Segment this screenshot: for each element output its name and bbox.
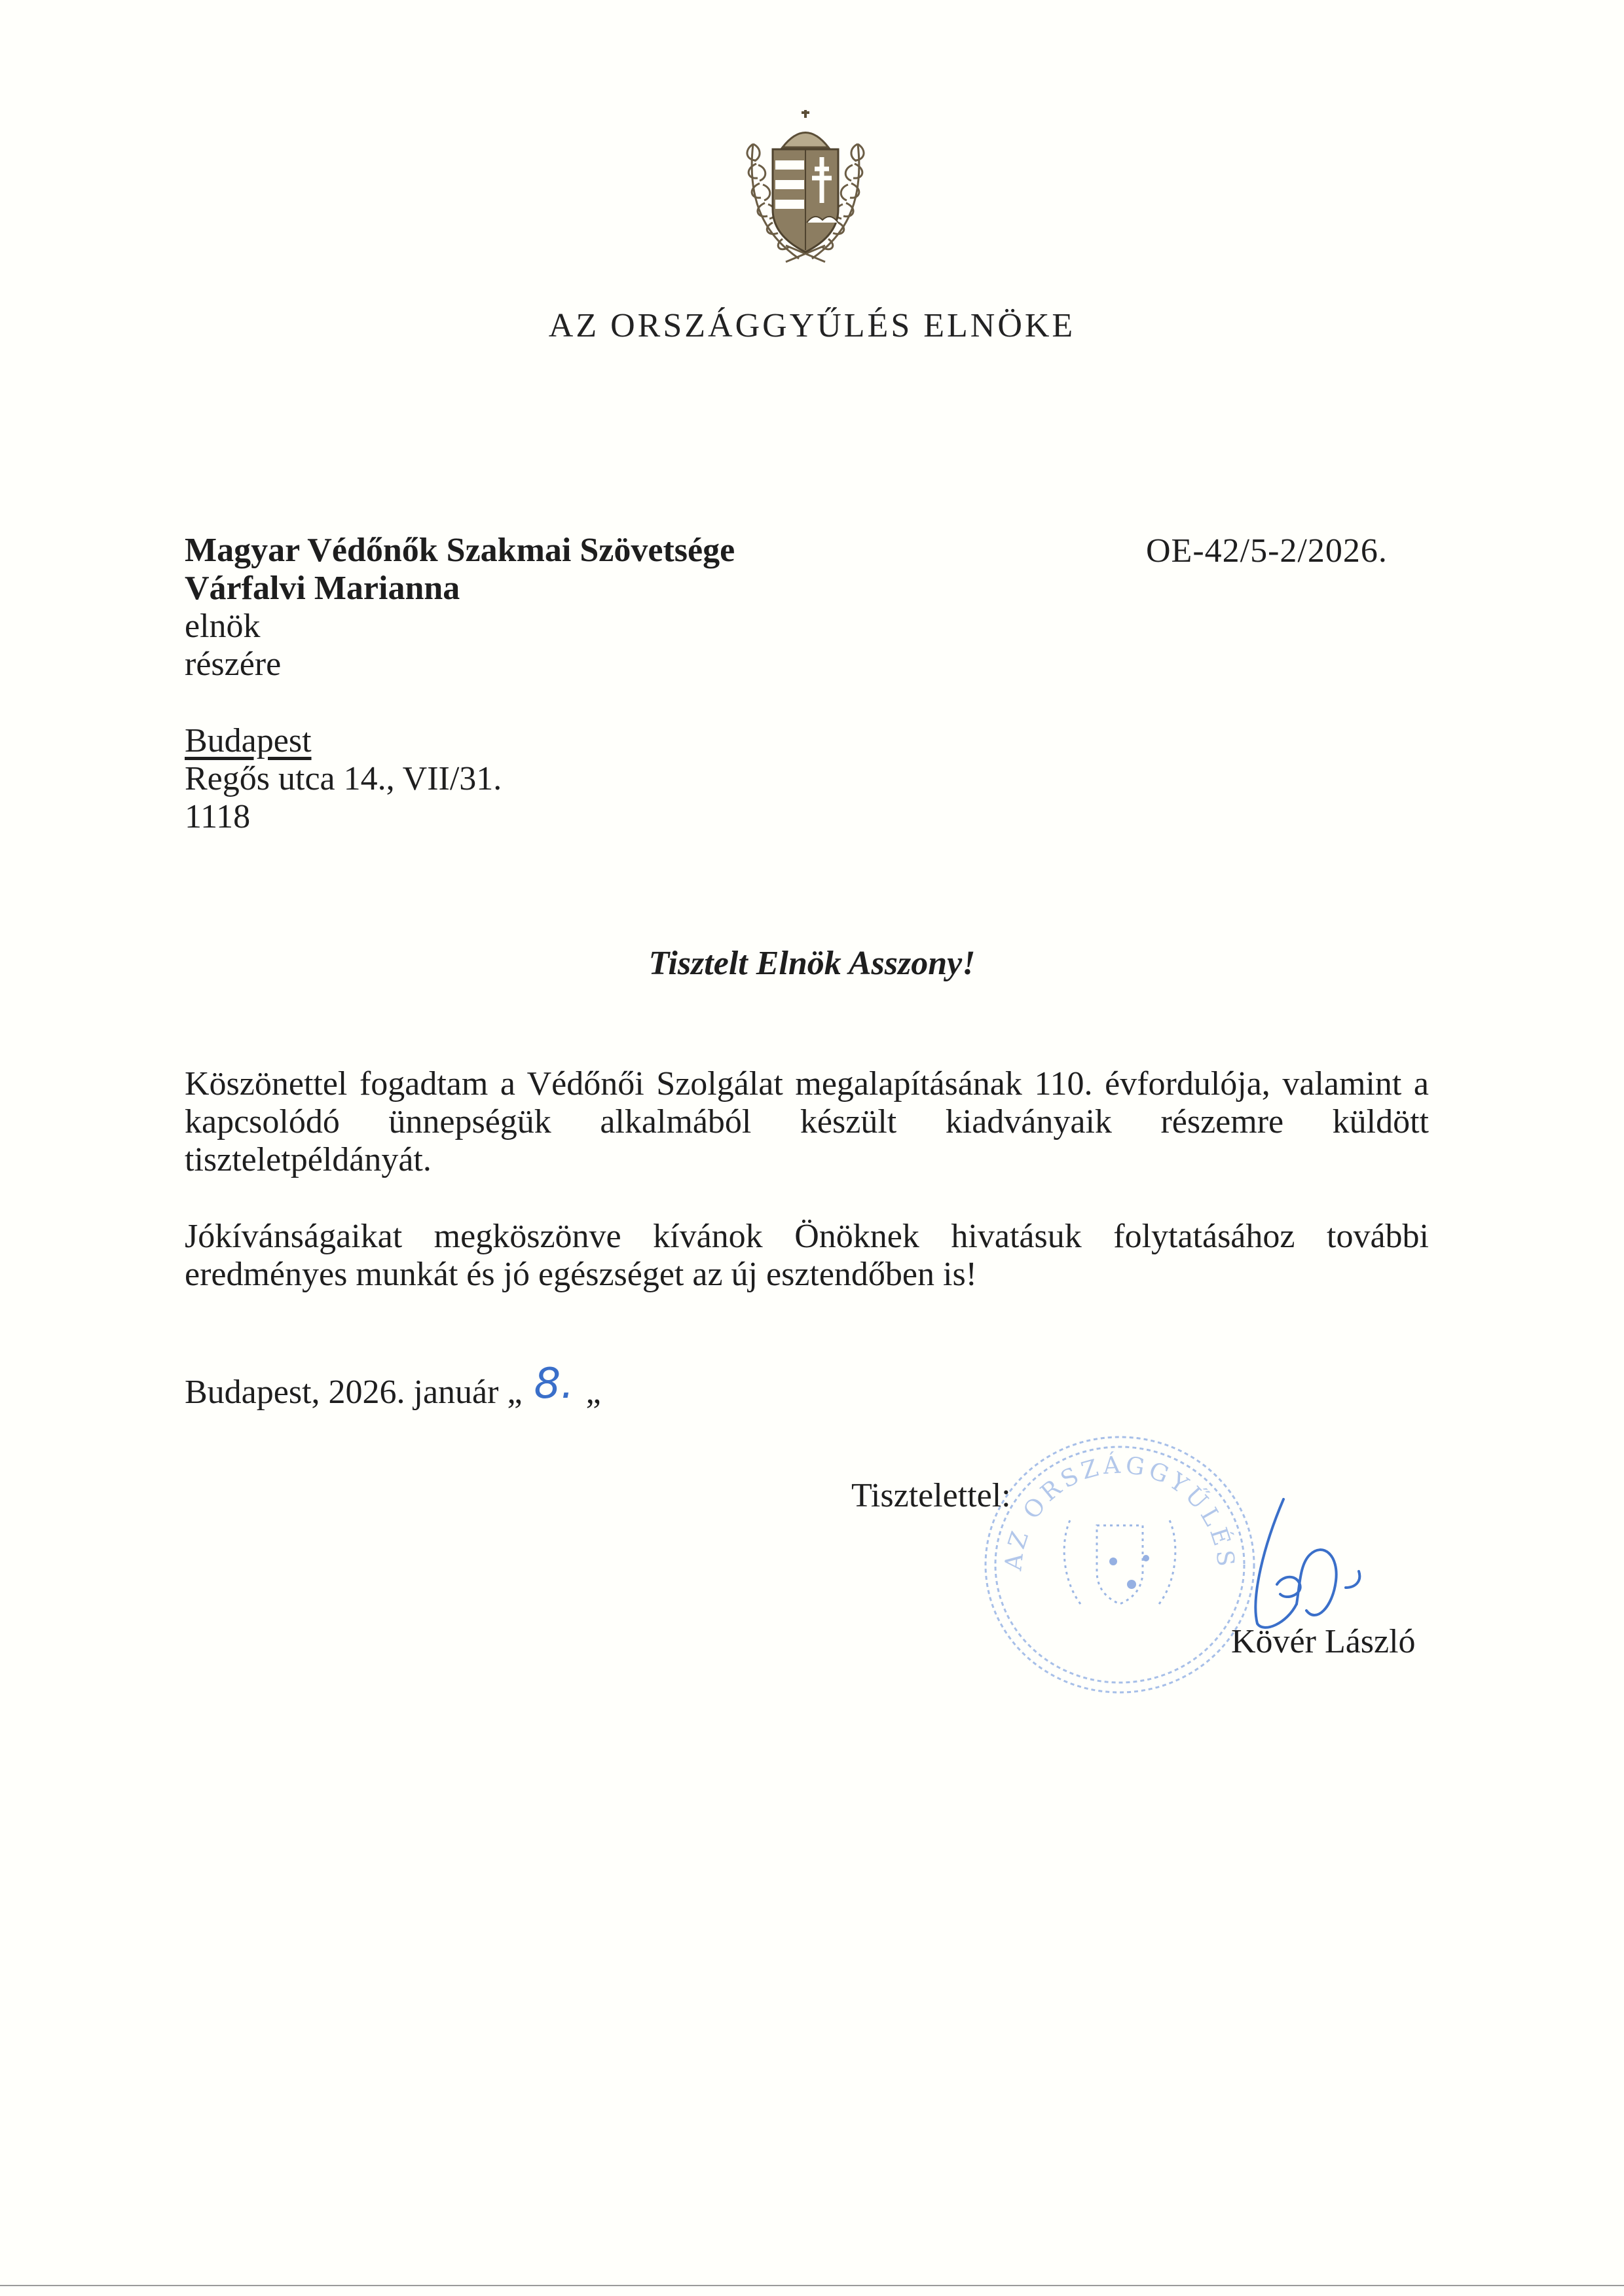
body-paragraph: Jókívánságaikat megköszönve kívánok Önök…: [185, 1218, 1429, 1294]
date-line: Budapest, 2026. január „8.„: [185, 1365, 601, 1413]
hungarian-coat-of-arms-icon: [727, 105, 884, 268]
date-suffix: „: [586, 1374, 601, 1411]
date-prefix: Budapest, 2026. január „: [185, 1374, 523, 1411]
recipient-block: Magyar Védőnők Szakmai Szövetsége Várfal…: [185, 532, 735, 683]
letterhead-title: AZ ORSZÁGGYŰLÉS ELNÖKE: [0, 306, 1624, 345]
closing-text: Tisztelettel:: [851, 1476, 1011, 1515]
address-block: Budapest Regős utca 14., VII/31. 1118: [185, 722, 502, 836]
signer-name: Kövér László: [1231, 1622, 1416, 1661]
reference-number: OE-42/5-2/2026.: [1146, 532, 1388, 570]
recipient-role: elnök: [185, 608, 735, 646]
address-street: Regős utca 14., VII/31.: [185, 760, 502, 798]
handwritten-signature-icon: [1225, 1493, 1421, 1637]
salutation: Tisztelt Elnök Asszony!: [0, 944, 1624, 983]
address-city: Budapest: [185, 722, 312, 759]
recipient-name: Várfalvi Marianna: [185, 570, 735, 608]
recipient-organization: Magyar Védőnők Szakmai Szövetsége: [185, 532, 735, 570]
address-postal-code: 1118: [185, 798, 502, 836]
recipient-for: részére: [185, 646, 735, 683]
body-paragraph: Köszönettel fogadtam a Védőnői Szolgálat…: [185, 1065, 1429, 1179]
page-bottom-edge: [0, 2285, 1624, 2286]
handwritten-day: 8.: [534, 1360, 574, 1408]
